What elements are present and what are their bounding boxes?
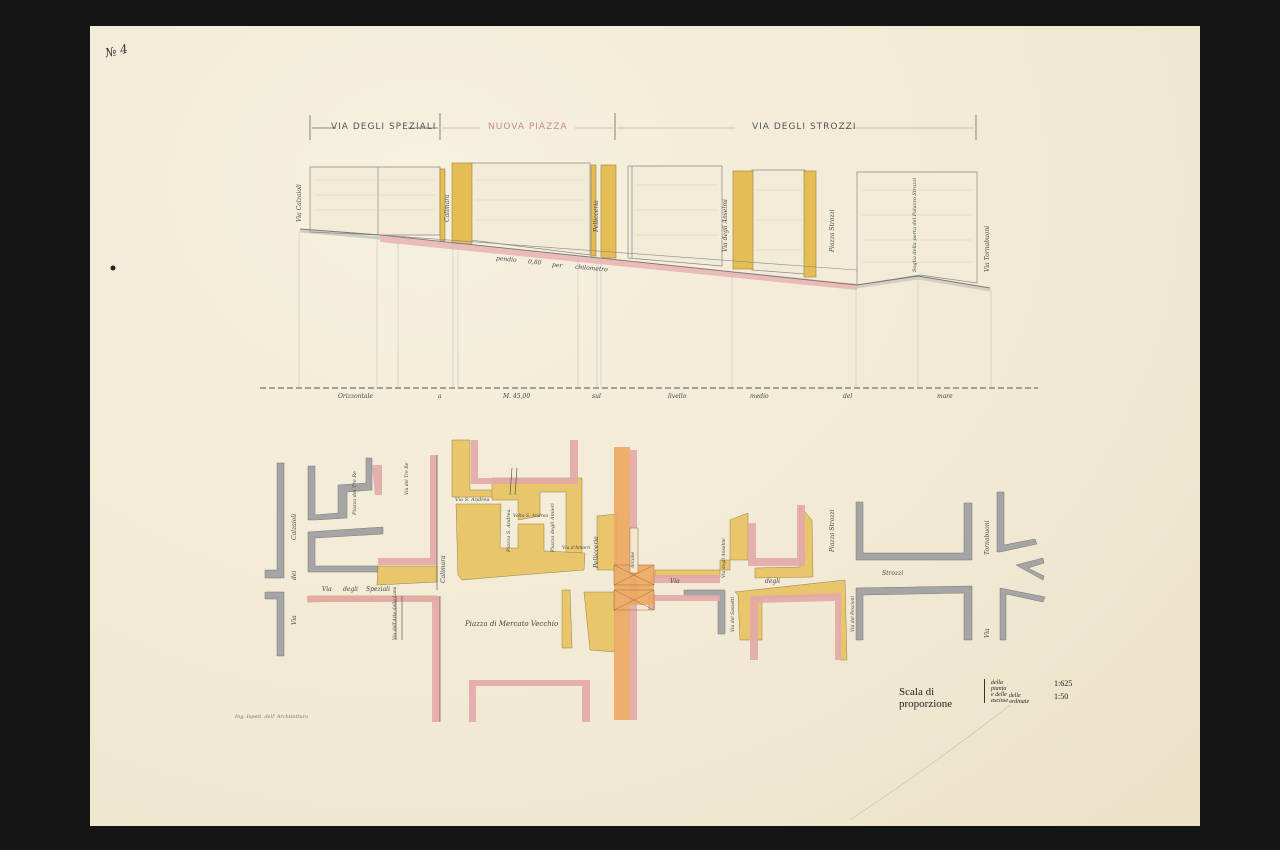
pencil-arc — [850, 705, 1010, 820]
plan-label-piazza-tre-re: Piazza dei Tre Re — [352, 471, 358, 515]
elev-label-calzaioli: Via Calzaioli — [296, 184, 303, 222]
pin-hole — [111, 266, 116, 271]
plan-label-via-pescioni: Via dei Pescioni — [851, 596, 856, 632]
plan-label-piazza-amieri: Piazza degli Amieri — [550, 503, 556, 552]
scale-row-1-value: 1:625 — [1054, 679, 1072, 688]
header-nuova-piazza: NUOVA PIAZZA — [488, 122, 568, 132]
plan-label-speziali: Speziali — [366, 586, 390, 593]
plan-label-dei: dei — [291, 571, 298, 580]
elev-label-calimara: Calimara — [444, 194, 451, 222]
scale-title: Scala di proporzione — [899, 686, 952, 710]
plan-label-piazza-s-andrea: Piazza S. Andrea — [506, 509, 512, 552]
plan-label-calzaioli: Calzaioli — [291, 514, 298, 540]
datum-word-6: medio — [750, 393, 769, 400]
plan-label-via-sassetti: Via dei Sassetti — [731, 597, 736, 632]
scale-row-2-value: 1:50 — [1054, 692, 1068, 701]
signature: Ing. Ispett. dell' Architettura — [235, 714, 308, 720]
plan-label-via: Via — [291, 615, 298, 625]
plan-label-via-amieri: Via d'Amieri — [562, 546, 590, 551]
scale-brace — [984, 679, 985, 703]
plan-label-piazza-strozzi: Piazza Strozzi — [829, 509, 836, 552]
datum-word-8: mare — [937, 393, 953, 400]
scale-row-1-desc: della pianta e delle ascisse — [991, 680, 1008, 704]
scale-row-2-desc: delle ordinate — [1009, 693, 1029, 705]
plan-label-via-arte-lana: Via dell'Arte della Lana — [393, 587, 398, 640]
elev-label-tornabuoni: Via Tornabuoni — [984, 226, 991, 272]
datum-word-2: a — [438, 393, 442, 400]
elev-label-pellicceria: Pellicceria — [593, 200, 600, 232]
elev-label-anselmi: Via degli Anselmi — [722, 199, 729, 252]
datum-word-3: M. 45,00 — [503, 393, 530, 400]
plan-label-strozzi-degli: degli — [765, 578, 780, 585]
architectural-drawing — [0, 0, 1280, 850]
header-via-degli-speziali: VIA DEGLI SPEZIALI — [331, 122, 436, 132]
plan-label-strozzi-via: Via — [670, 578, 680, 585]
header-via-degli-strozzi: VIA DEGLI STROZZI — [752, 122, 856, 132]
datum-word-4: sul — [592, 393, 601, 400]
plan-label-speziali-via: Via — [322, 586, 332, 593]
plan-label-strozzi: Strozzi — [882, 570, 903, 577]
datum-word-1: Orizzontale — [338, 393, 373, 400]
datum-word-7: del — [843, 393, 852, 400]
plan-label-arcone: Arcone — [631, 552, 636, 568]
plan-label-via-s-andrea: Via S. Andrea — [455, 497, 489, 503]
plan-label-speziali-degli: degli — [343, 586, 358, 593]
plan-label-tornabuoni: Tornabuoni — [984, 520, 991, 555]
datum-word-5: livello — [668, 393, 686, 400]
slope-note-2: 0,80 — [528, 258, 542, 266]
elev-label-soglia-palazzo-strozzi: Soglia della porta del Palazzo Strozzi — [912, 178, 918, 272]
plan-label-tornabuoni-via: Via — [984, 628, 991, 638]
plan-label-via-tre-re: Via dei Tre Re — [405, 463, 410, 495]
elev-label-piazza-strozzi: Piazza Strozzi — [829, 209, 836, 252]
slope-note-3: per — [552, 262, 563, 270]
plan-label-via-anselmi: Via degli Anselmi — [722, 538, 727, 578]
plan-label-pellicceria: Pellicceria — [593, 536, 600, 568]
plan-label-piazza-mercato-vecchio: Piazza di Mercato Vecchio — [465, 620, 558, 628]
plan-label-volta-s-andrea: Volta S. Andrea — [513, 514, 548, 519]
plan-label-calimara: Calimara — [440, 555, 447, 583]
